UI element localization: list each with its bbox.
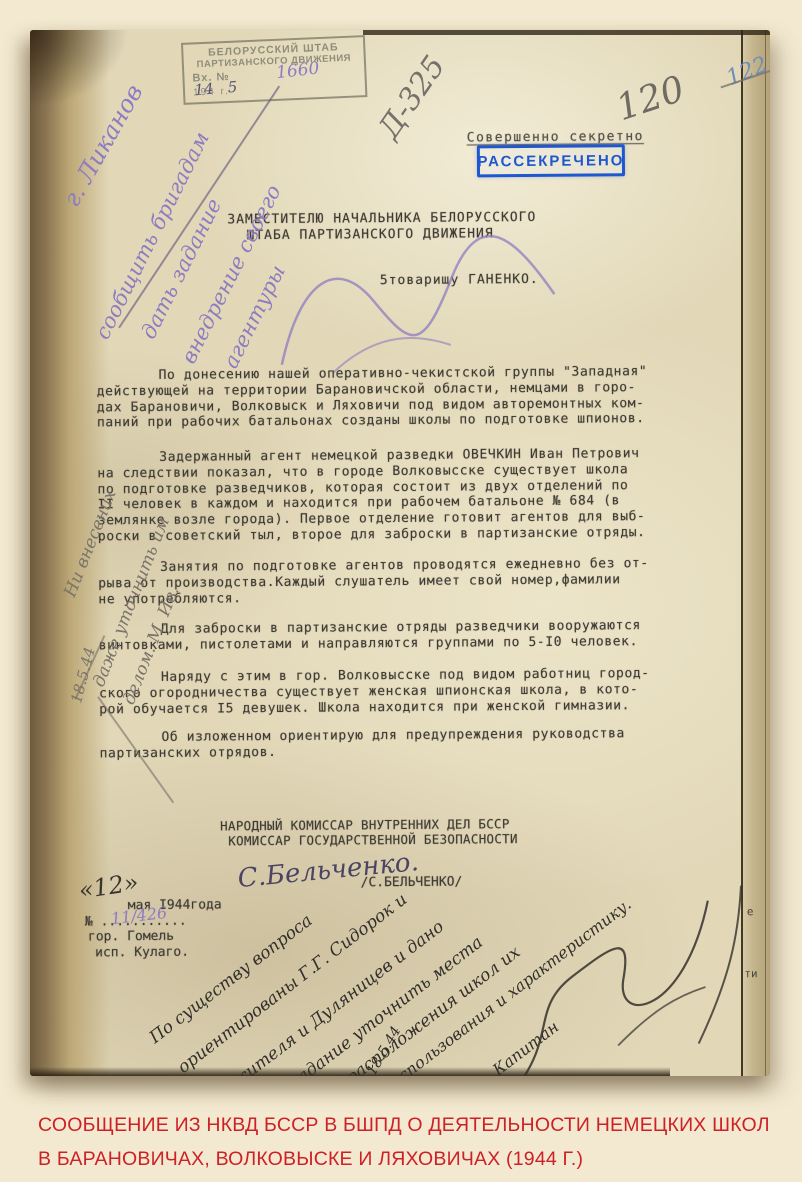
- paragraph-5: Наряду с этим в гор. Волковысске под вид…: [99, 666, 689, 718]
- belchenko-signature-typed: /С.БЕЛЬЧЕНКО/: [361, 875, 463, 891]
- paragraph-6: Об изложенном ориентирую для предупрежде…: [99, 726, 689, 762]
- caption-line-1: СООБЩЕНИЕ ИЗ НКВД БССР В БШПД О ДЕЯТЕЛЬН…: [38, 1114, 770, 1137]
- executor-line: исп. Кулаго.: [95, 945, 189, 961]
- typed-line: паний при рабочих батальонах созданы шко…: [97, 411, 687, 431]
- declassified-stamp: РАССЕКРЕЧЕНО: [477, 144, 625, 177]
- page-number-pencil: 120: [611, 69, 689, 130]
- city-line: гор. Гомель: [88, 929, 174, 945]
- paragraph-2: Задержанный агент немецкой разведки ОВЕЧ…: [97, 446, 688, 545]
- signer-title-line2: КОМИССАР ГОСУДАРСТВЕННОЙ БЕЗОПАСНОСТИ: [228, 831, 518, 848]
- caption-line-2: В БАРАНОВИЧАХ, ВОЛКОВЫСКЕ И ЛЯХОВИЧАХ (1…: [38, 1148, 583, 1171]
- document-photo: БЕЛОРУССКИЙ ШТАБ ПАРТИЗАНСКОГО ДВИЖЕНИЯ …: [30, 30, 770, 1076]
- file-number-pencil: Д-325: [372, 50, 453, 145]
- typed-line: роски в советский тыл, второе для заброс…: [98, 525, 688, 545]
- paragraph-1: По донесению нашей оперативно-чекистской…: [97, 364, 687, 432]
- stamp-date-handwritten: 14 5: [194, 78, 238, 99]
- paragraph-3: Занятия по подготовке агентов проводятся…: [98, 556, 688, 608]
- margin-note-purple-1: г. Ликанов: [57, 80, 148, 212]
- paragraph-4: Для заброски в партизанские отряды разве…: [99, 618, 689, 654]
- document-content: БЕЛОРУССКИЙ ШТАБ ПАРТИЗАНСКОГО ДВИЖЕНИЯ …: [30, 30, 770, 1076]
- edge-letter-2: ти: [744, 967, 757, 980]
- classification-label: Совершенно секретно: [467, 129, 644, 145]
- edge-letter-1: е: [747, 905, 754, 918]
- commander-signature-flourish: [474, 854, 770, 1076]
